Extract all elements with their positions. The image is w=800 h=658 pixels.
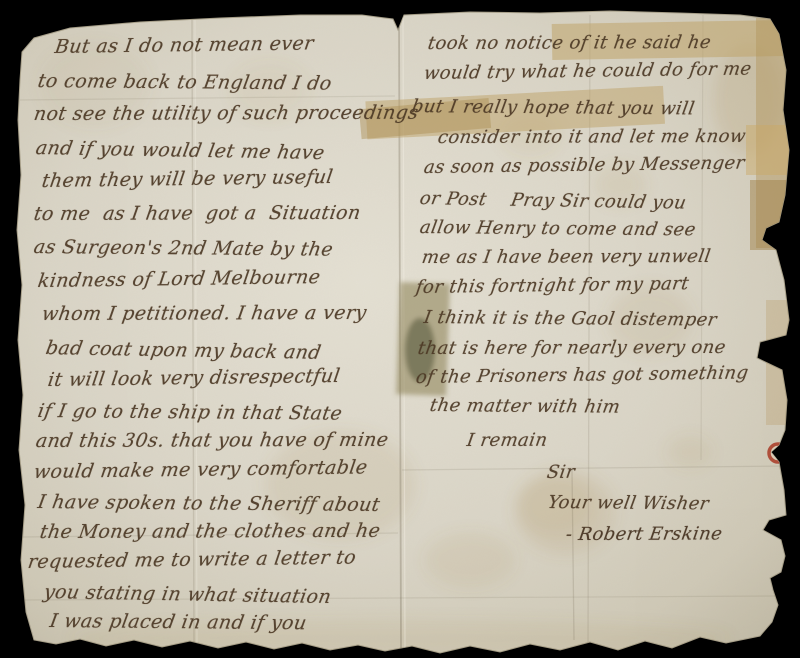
letter-line: for this fortnight for my part (414, 273, 690, 298)
letter-line: consider into it and let me know (436, 126, 747, 148)
tape-strip-right-lower (766, 300, 792, 425)
letter-line: I was placed in and if you (48, 610, 308, 634)
letter-line: it will look very disrespectful (46, 365, 341, 391)
letter-line: I think it is the Gaol distemper (422, 307, 718, 331)
letter-line: But as I do not mean ever (53, 32, 315, 58)
letter-line: but I really hope that you will (410, 96, 696, 119)
closing-line: Your well Wisher (546, 492, 710, 514)
letter-line: whom I petitioned. I have a very (40, 302, 368, 325)
tape-chunk-right-upper (746, 125, 790, 175)
closing-line: I remain (465, 430, 549, 451)
letter-line: if I go to the ship in that State (36, 400, 344, 425)
letter-line: to come back to England I do (36, 70, 333, 95)
letter-line: that is here for nearly every one (416, 337, 727, 359)
letter-line: me as I have been very unwell (420, 246, 712, 268)
letter-line: took no notice of it he said he (426, 32, 712, 54)
letter-line: to me as I have got a Situation (32, 202, 362, 225)
photo-background: But as I do not mean ever to come back t… (0, 0, 800, 658)
letter-line: and this 30s. that you have of mine (34, 429, 390, 452)
letter-line: as Surgeon's 2nd Mate by the (32, 236, 335, 261)
letter-line: requested me to write a letter to (26, 546, 357, 573)
letter-line: kindness of Lord Melbourne (36, 266, 322, 292)
letter-line: not see the utility of such proceedings (32, 102, 420, 125)
letter-line: I have spoken to the Sheriff about (36, 491, 382, 516)
signature: - Robert Erskine (564, 523, 723, 545)
letter-line: would make me very comfortable (32, 456, 369, 483)
closing-line: Sir (545, 462, 576, 483)
letter-line: allow Henry to come and see (418, 217, 697, 240)
letter-line: them they will be very useful (40, 166, 334, 192)
letter-line: the matter with him (428, 395, 622, 418)
letter-line: the Money and the clothes and he (38, 520, 382, 543)
